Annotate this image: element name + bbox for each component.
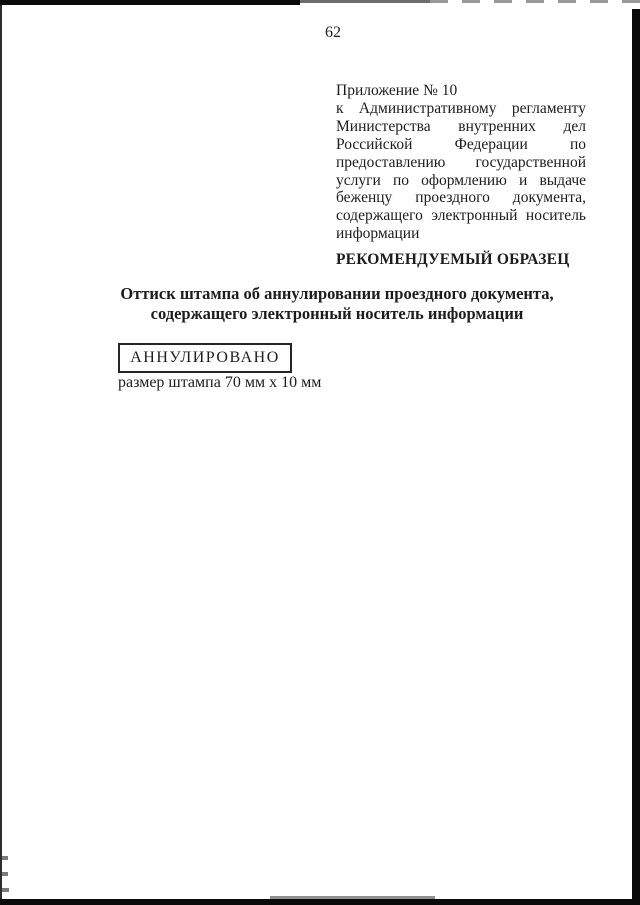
stamp-size-caption: размер штампа 70 мм x 10 мм (118, 374, 321, 392)
scan-artifact-tick (2, 872, 8, 876)
recommended-sample-label: РЕКОМЕНДУЕМЫЙ ОБРАЗЕЦ (336, 251, 588, 269)
scan-edge-top (0, 0, 300, 5)
cancellation-stamp-label: АННУЛИРОВАНО (130, 349, 280, 367)
appendix-line: содержащего электронный носитель (336, 207, 586, 225)
appendix-line: Приложение № 10 (336, 82, 586, 100)
appendix-reference-block: Приложение № 10 к Административному регл… (336, 82, 586, 243)
page-number: 62 (0, 24, 640, 42)
scan-edge-left (0, 0, 2, 905)
appendix-line: Министерства внутренних дел (336, 118, 586, 136)
document-title: Оттиск штампа об аннулировании проездног… (75, 284, 599, 323)
appendix-line: услуги по оформлению и выдаче (336, 172, 586, 190)
document-page: 62 Приложение № 10 к Административному р… (0, 0, 640, 905)
appendix-line: беженцу проездного документа, (336, 189, 586, 207)
document-title-line2: содержащего электронный носитель информа… (75, 304, 599, 324)
scan-artifact-tick (2, 856, 8, 860)
scan-edge-bottom (0, 899, 640, 905)
scan-edge-top-dashes (430, 0, 640, 3)
scan-edge-right (632, 9, 640, 905)
scan-edge-bottom-gray (270, 896, 435, 899)
cancellation-stamp-box: АННУЛИРОВАНО (118, 343, 292, 373)
appendix-line: предоставлению государственной (336, 154, 586, 172)
scan-edge-top-fade (300, 0, 430, 3)
appendix-line: к Административному регламенту (336, 100, 586, 118)
scan-artifact-tick (2, 888, 9, 892)
appendix-line: Российской Федерации по (336, 136, 586, 154)
appendix-line: информации (336, 225, 586, 243)
document-title-line1: Оттиск штампа об аннулировании проездног… (75, 284, 599, 304)
